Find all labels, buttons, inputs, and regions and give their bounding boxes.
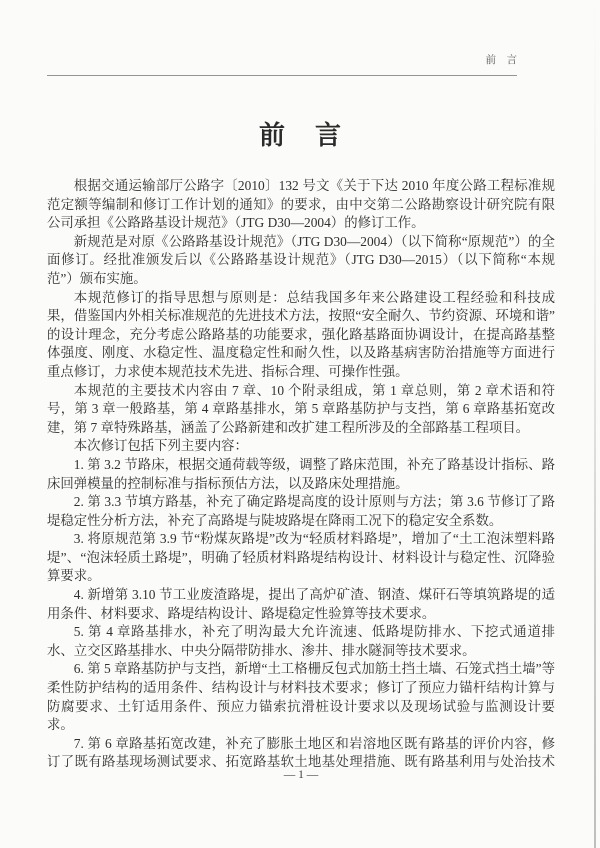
scan-edge-line [594,0,596,848]
preface-paragraph: 2. 第 3.3 节填方路基，补充了确定路堤高度的设计原则与方法；第 3.6 节… [47,493,555,530]
running-header-title: 前 言 [486,55,518,66]
preface-paragraph: 新规范是对原《公路路基设计规范》（JTG D30—2004）（以下简称“原规范”… [47,233,555,289]
header-rule [47,75,517,76]
preface-paragraph: 1. 第 3.2 节路床，根据交通荷载等级，调整了路床范围，补充了路基设计指标、… [47,456,555,493]
page-number: — 1 — [47,769,555,781]
preface-paragraph: 本规范修订的指导思想与原则是：总结我国多年来公路建设工程经验和科技成果，借鉴国内… [47,289,555,382]
page-title: 前 言 [47,115,555,152]
preface-paragraph: 本次修订包括下列主要内容： [47,437,555,456]
document-page: 前 言 前 言 根据交通运输部厅公路字〔2010〕132 号文《关于下达 201… [0,0,600,848]
preface-body: 根据交通运输部厅公路字〔2010〕132 号文《关于下达 2010 年度公路工程… [47,177,555,773]
preface-paragraph: 6. 第 5 章路基防护与支挡，新增“土工格栅反包式加筋土挡土墙、石笼式挡土墙”… [47,660,555,734]
running-header: 前 言 [47,52,517,67]
preface-paragraph: 根据交通运输部厅公路字〔2010〕132 号文《关于下达 2010 年度公路工程… [47,177,555,233]
preface-paragraph: 本规范的主要技术内容由 7 章、10 个附录组成，第 1 章总则，第 2 章术语… [47,382,555,438]
preface-paragraph: 3. 将原规范第 3.9 节“粉煤灰路堤”改为“轻质材料路堤”，增加了“土工泡沫… [47,530,555,586]
preface-paragraph: 5. 第 4 章路基排水，补充了明沟最大允许流速、低路堤防排水、下挖式通道排水、… [47,623,555,660]
preface-paragraph: 4. 新增第 3.10 节工业废渣路堤，提出了高炉矿渣、钢渣、煤矸石等填筑路堤的… [47,586,555,623]
preface-paragraph: 7. 第 6 章路基拓宽改建，补充了膨胀土地区和岩溶地区既有路基的评价内容，修订… [47,735,555,773]
